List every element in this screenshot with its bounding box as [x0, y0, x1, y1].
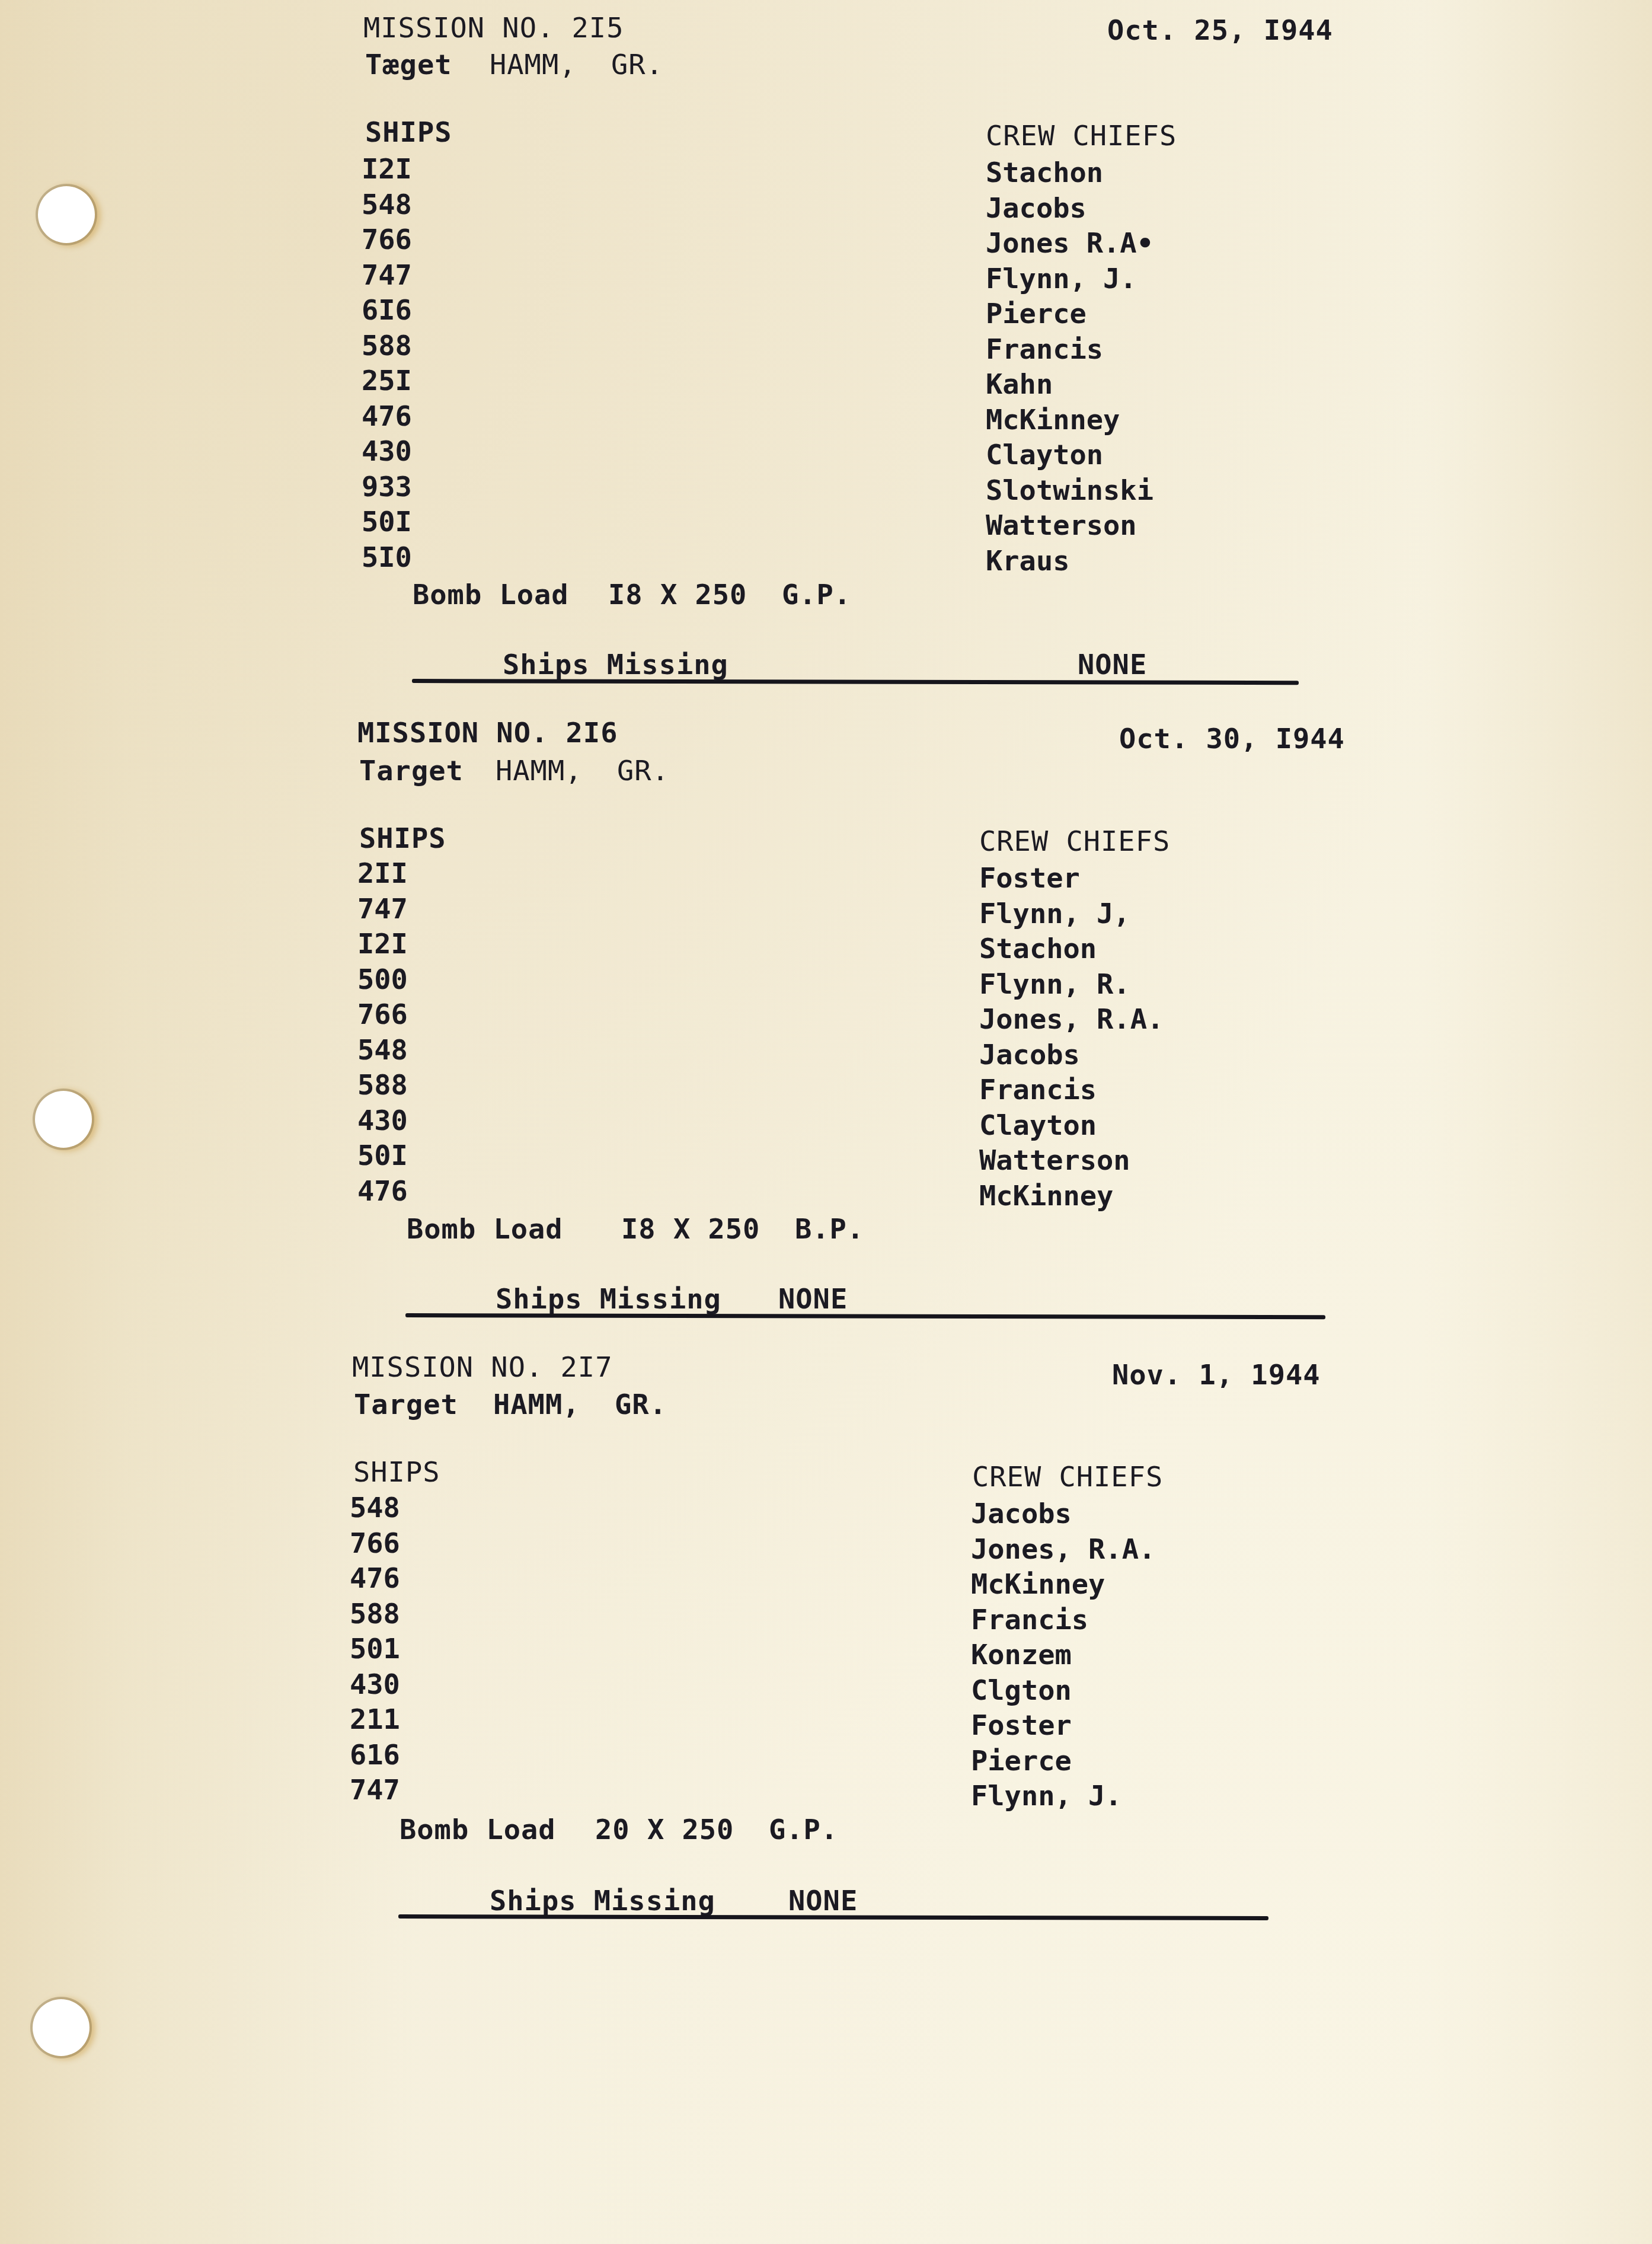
mission-date: Oct. 25, I944 — [1107, 17, 1333, 44]
crew-chief-name: Jacobs — [979, 1038, 1164, 1073]
crew-chief-name: Francis — [986, 332, 1153, 368]
ship-number: 766 — [350, 1526, 400, 1562]
ship-number: 6I6 — [362, 293, 412, 328]
crew-chief-name: Foster — [971, 1708, 1155, 1744]
ships-header: SHIPS — [353, 1458, 440, 1486]
ship-number: 476 — [357, 1174, 408, 1209]
ship-number: 2II — [357, 856, 408, 892]
crew-chief-name: Jones R.A• — [986, 226, 1153, 261]
ship-number: 501 — [350, 1632, 400, 1667]
mission-date: Nov. 1, 1944 — [1112, 1361, 1321, 1389]
crew-chief-name: McKinney — [986, 403, 1153, 438]
crew-chief-name: Konzem — [971, 1637, 1155, 1673]
mission-number: MISSION NO. 2I7 — [352, 1354, 612, 1381]
ship-number: 616 — [350, 1738, 400, 1773]
ship-number: 476 — [362, 399, 412, 435]
ships-list: 548 766 476 588 501 430 211 616 747 — [350, 1490, 400, 1808]
ship-number: 747 — [357, 892, 408, 927]
crew-chief-name: Flynn, J. — [971, 1779, 1155, 1814]
ship-number: 588 — [350, 1597, 400, 1632]
section-divider — [405, 1313, 1325, 1319]
mission-date: Oct. 30, I944 — [1119, 725, 1345, 753]
crew-chief-name: Pierce — [986, 296, 1153, 332]
ship-number: 588 — [357, 1068, 408, 1103]
ship-number: 747 — [350, 1773, 400, 1808]
crew-chief-name: Francis — [971, 1603, 1155, 1638]
ship-number: I2I — [357, 927, 408, 962]
bomb-load-value: I8 X 250 B.P. — [621, 1215, 864, 1243]
crew-chief-name: Watterson — [986, 508, 1153, 544]
target-label: Target — [354, 1391, 458, 1419]
bomb-load-label: Bomb Load — [400, 1816, 556, 1844]
ship-number: 25I — [362, 363, 412, 399]
ships-missing-label: Ships Missing — [490, 1887, 715, 1915]
crew-chief-name: Kraus — [986, 544, 1153, 579]
ship-number: 211 — [350, 1702, 400, 1738]
crew-chief-name: Francis — [979, 1072, 1164, 1108]
ship-number: 476 — [350, 1561, 400, 1597]
bomb-load-label: Bomb Load — [407, 1215, 563, 1243]
crew-chief-name: Slotwinski — [986, 473, 1153, 509]
crew-chief-name: Jones, R.A. — [979, 1002, 1164, 1038]
ship-number: 500 — [357, 962, 408, 998]
ships-missing-label: Ships Missing — [496, 1285, 721, 1313]
crew-chief-name: Watterson — [979, 1143, 1164, 1179]
ships-header: SHIPS — [359, 825, 446, 853]
crew-chief-name: Pierce — [971, 1744, 1155, 1779]
crew-chief-name: Kahn — [986, 367, 1153, 403]
ships-list: I2I 548 766 747 6I6 588 25I 476 430 933 … — [362, 152, 412, 575]
ship-number: 430 — [357, 1103, 408, 1139]
crew-chief-name: Clayton — [986, 438, 1153, 473]
ship-number: 766 — [362, 222, 412, 258]
crew-chief-name: Stachon — [979, 931, 1164, 967]
target-value: HAMM, GR. — [496, 757, 669, 785]
ships-missing-value: NONE — [778, 1285, 848, 1313]
bomb-load-value: 20 X 250 G.P. — [595, 1816, 838, 1844]
crew-chiefs-header: CREW CHIEFS — [972, 1463, 1163, 1491]
ship-number: 747 — [362, 258, 412, 293]
ship-number: I2I — [362, 152, 412, 187]
crew-chiefs-header: CREW CHIEFS — [979, 828, 1170, 856]
ships-list: 2II 747 I2I 500 766 548 588 430 50I 476 — [357, 856, 408, 1209]
binder-hole-bottom — [33, 1999, 90, 2056]
target-label: Tæget — [365, 51, 452, 79]
ship-number: 50I — [362, 505, 412, 540]
binder-hole-middle — [35, 1091, 92, 1148]
ship-number: 766 — [357, 997, 408, 1033]
ships-missing-value: NONE — [788, 1887, 858, 1915]
binder-hole-top — [38, 186, 95, 243]
crew-chief-name: Jacobs — [986, 191, 1153, 226]
ship-number: 548 — [350, 1490, 400, 1526]
crew-chief-name: Clayton — [979, 1108, 1164, 1144]
ships-header: SHIPS — [365, 119, 452, 146]
ship-number: 933 — [362, 470, 412, 505]
ships-missing-label: Ships Missing — [503, 651, 728, 679]
ship-number: 50I — [357, 1138, 408, 1174]
crew-chief-name: McKinney — [971, 1567, 1155, 1603]
target-value: HAMM, GR. — [490, 51, 663, 79]
crew-chiefs-list: Stachon Jacobs Jones R.A• Flynn, J. Pier… — [986, 155, 1153, 579]
ship-number: 588 — [362, 328, 412, 364]
crew-chief-name: Flynn, J. — [986, 261, 1153, 297]
ship-number: 548 — [357, 1033, 408, 1068]
section-divider — [412, 679, 1299, 685]
crew-chief-name: Flynn, R. — [979, 967, 1164, 1003]
ship-number: 430 — [362, 434, 412, 470]
ship-number: 430 — [350, 1667, 400, 1703]
crew-chief-name: Jones, R.A. — [971, 1532, 1155, 1568]
target-label: Target — [359, 757, 464, 785]
crew-chief-name: McKinney — [979, 1179, 1164, 1214]
crew-chiefs-header: CREW CHIEFS — [986, 122, 1177, 150]
mission-number: MISSION NO. 2I5 — [363, 14, 624, 42]
crew-chief-name: Clgton — [971, 1673, 1155, 1709]
crew-chiefs-list: Jacobs Jones, R.A. McKinney Francis Konz… — [971, 1496, 1155, 1814]
crew-chief-name: Flynn, J, — [979, 896, 1164, 932]
crew-chief-name: Stachon — [986, 155, 1153, 191]
mission-number: MISSION NO. 2I6 — [357, 719, 618, 747]
section-divider — [398, 1914, 1268, 1920]
ships-missing-value: NONE — [1078, 651, 1147, 679]
bomb-load-value: I8 X 250 G.P. — [608, 581, 851, 609]
crew-chiefs-list: Foster Flynn, J, Stachon Flynn, R. Jones… — [979, 861, 1164, 1214]
crew-chief-name: Jacobs — [971, 1496, 1155, 1532]
target-value: HAMM, GR. — [493, 1391, 667, 1419]
ship-number: 548 — [362, 187, 412, 223]
ship-number: 5I0 — [362, 540, 412, 576]
crew-chief-name: Foster — [979, 861, 1164, 896]
bomb-load-label: Bomb Load — [413, 581, 569, 609]
